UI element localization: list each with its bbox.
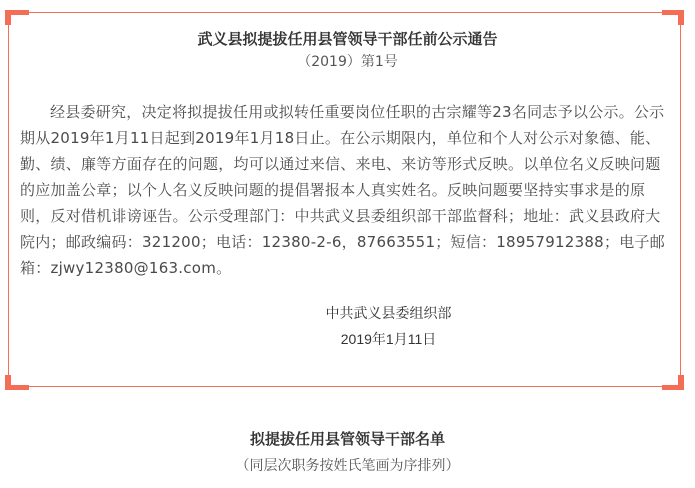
notice-title: 武义县拟提拔任用县管领导干部任前公示通告	[0, 28, 695, 49]
list-subtitle: （同层次职务按姓氏笔画为序排列）	[0, 455, 695, 475]
notice-body: 经县委研究，决定将拟提拔任用或拟转任重要岗位任职的古宗耀等23名同志予以公示。公…	[20, 99, 675, 281]
corner-bracket-bottom-right	[662, 375, 684, 390]
corner-bracket-top-right	[662, 10, 684, 25]
list-title: 拟提拔任用县管领导干部名单	[0, 428, 695, 449]
signature-org: 中共武义县委组织部	[0, 303, 695, 323]
corner-bracket-bottom-left	[5, 375, 29, 390]
corner-bracket-top-left	[5, 10, 29, 25]
signature-date: 2019年1月11日	[0, 329, 695, 349]
notice-number: （2019）第1号	[0, 51, 695, 71]
